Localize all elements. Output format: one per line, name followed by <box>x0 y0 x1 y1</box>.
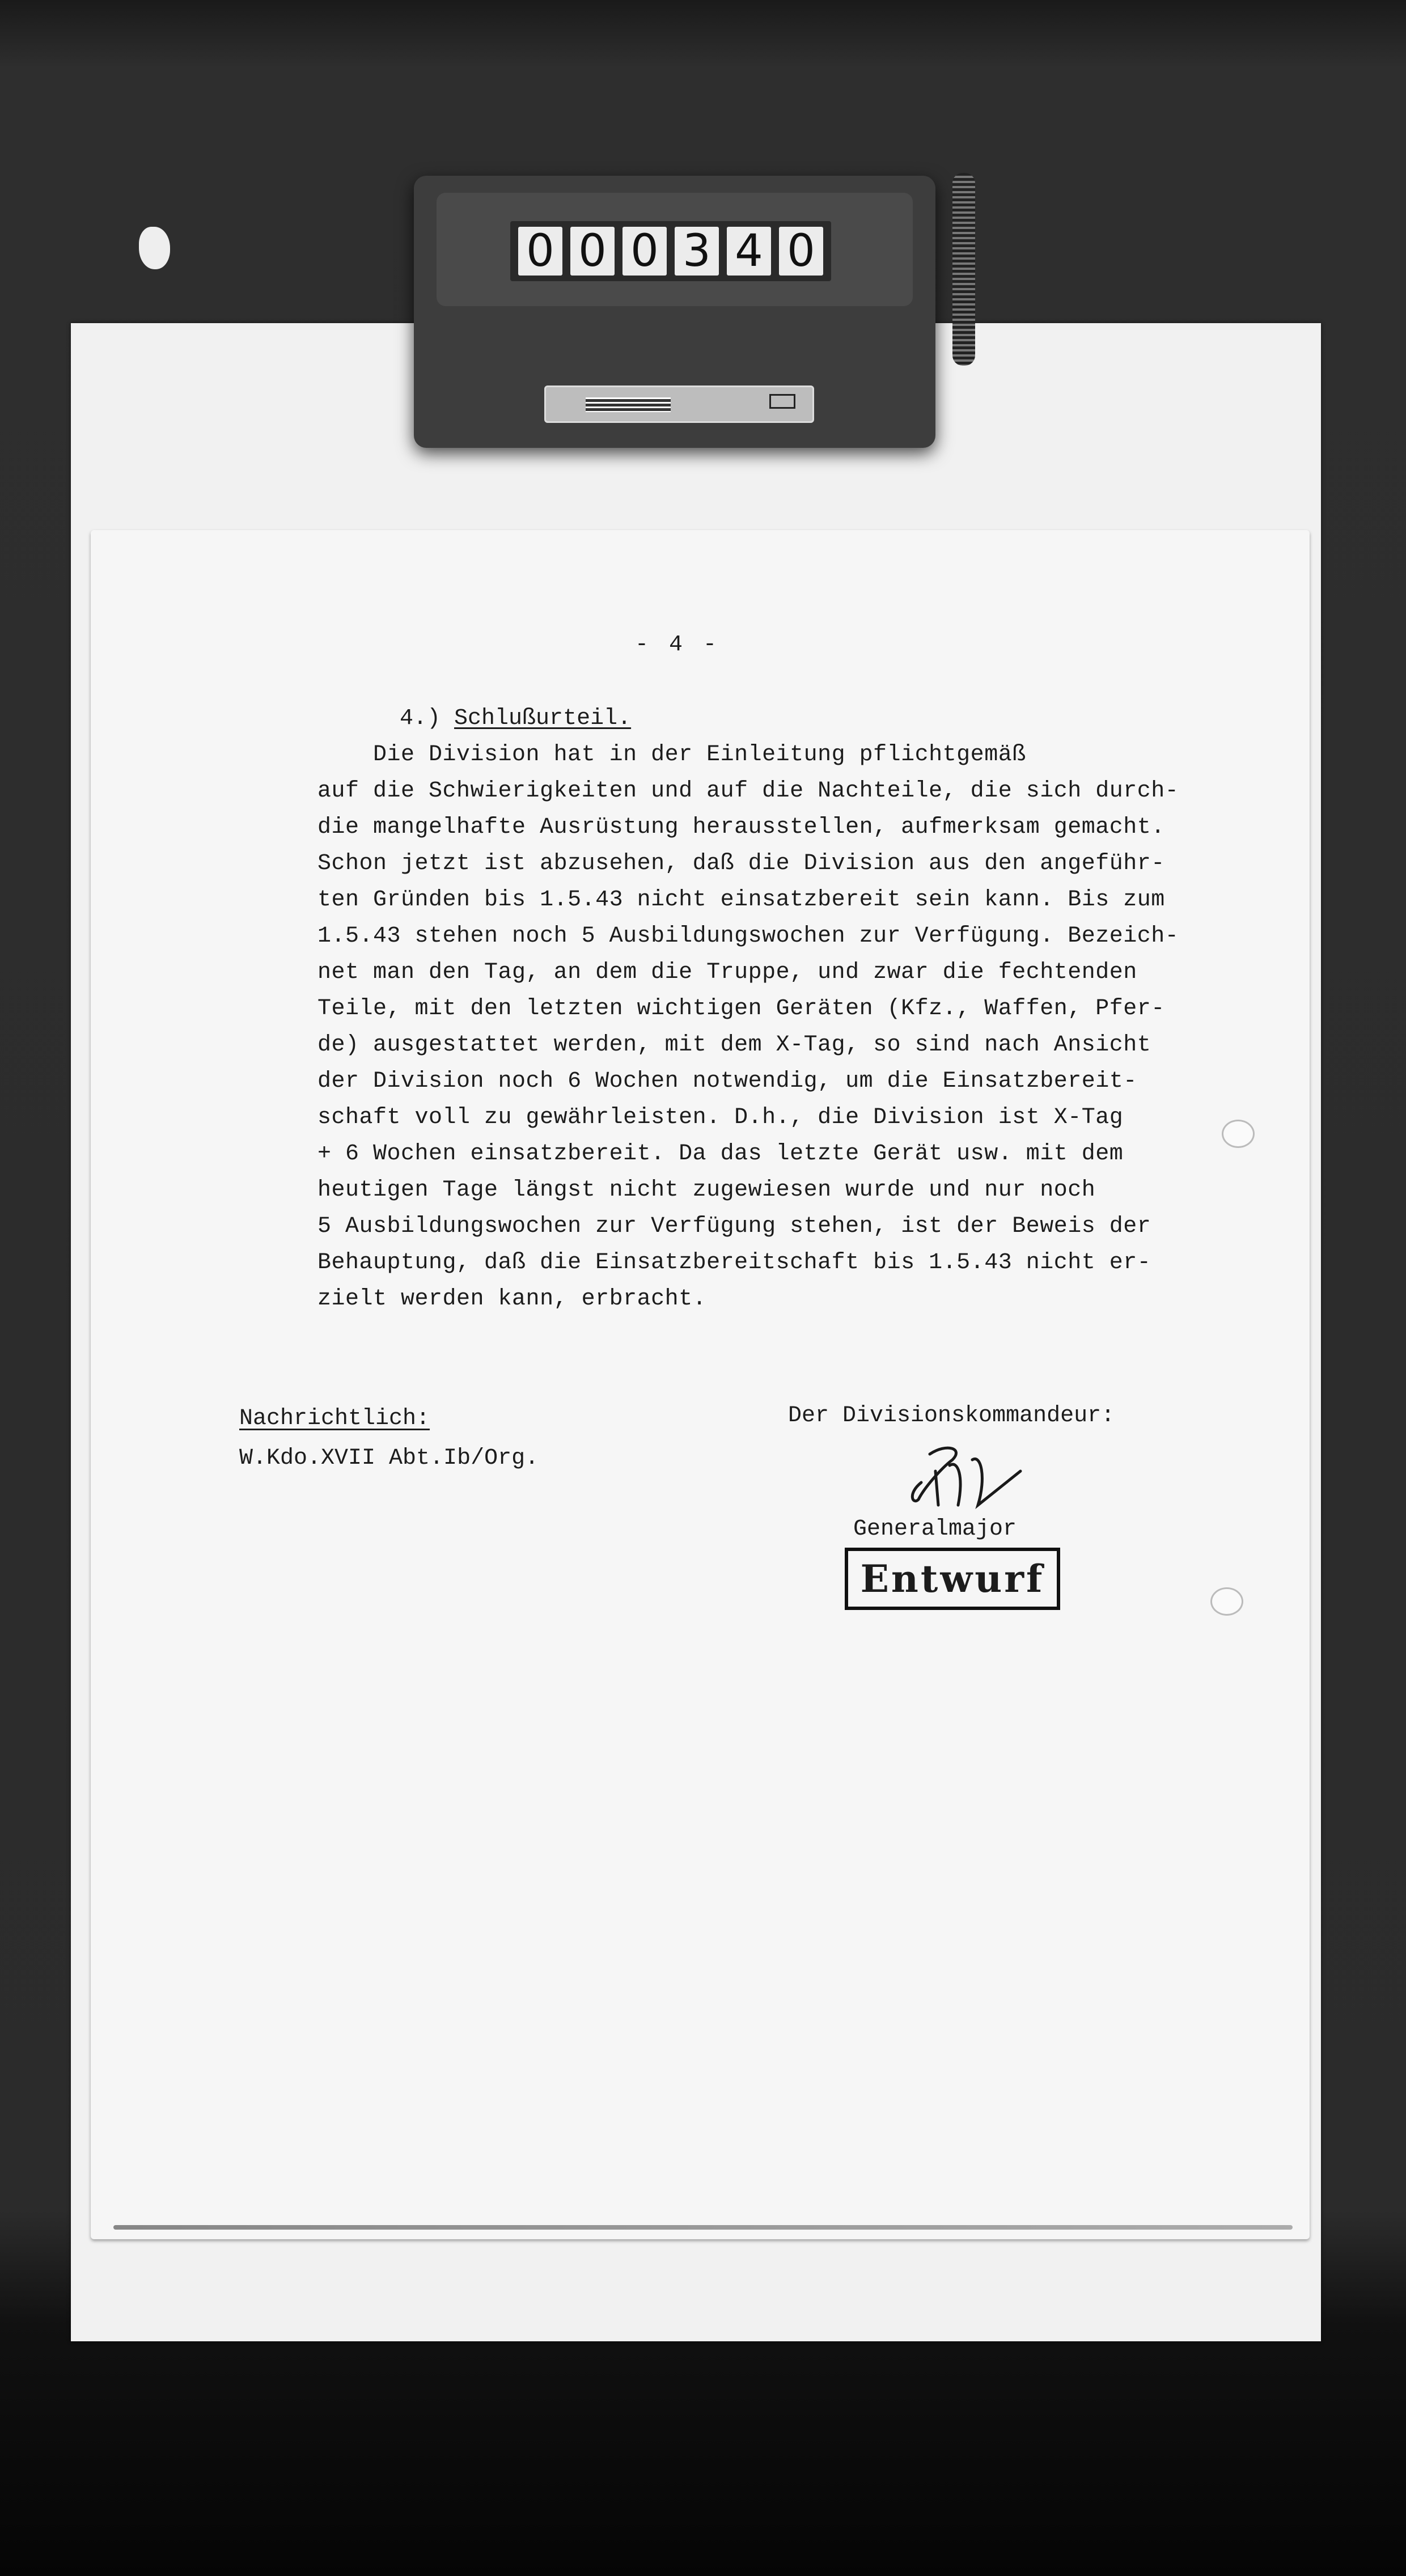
text-line: ten Gründen bis 1.5.43 nicht einsatzbere… <box>317 882 1338 918</box>
section-title: Schlußurteil. <box>454 706 631 731</box>
text-line: net man den Tag, an dem die Truppe, und … <box>317 955 1338 991</box>
counter-display: 0 0 0 3 4 0 <box>510 221 831 281</box>
text-line: Schon jetzt ist abzusehen, daß die Divis… <box>317 846 1338 882</box>
text-line: heutigen Tage längst nicht zugewiesen wu… <box>317 1172 1338 1209</box>
body-paragraph: Die Division hat in der Einleitung pflic… <box>317 737 1338 1317</box>
cc-recipient: W.Kdo.XVII Abt.Ib/Org. <box>239 1446 539 1471</box>
manufacturer-plate <box>544 385 814 423</box>
counter-digit: 0 <box>518 227 562 276</box>
document-page: - 4 - 4.) Schlußurteil. Die Division hat… <box>91 530 1310 2239</box>
text-line: 1.5.43 stehen noch 5 Ausbildungswochen z… <box>317 918 1338 955</box>
counter-digit: 0 <box>622 227 667 276</box>
signatory-title: Der Divisionskommandeur: <box>788 1403 1115 1429</box>
counter-thumbwheel <box>952 173 975 366</box>
text-line: schaft voll zu gewährleisten. D.h., die … <box>317 1100 1338 1136</box>
counter-digit: 4 <box>727 227 771 276</box>
frame-counter-device: 0 0 0 3 4 0 <box>414 176 935 448</box>
draft-stamp: Entwurf <box>845 1548 1060 1610</box>
paper-scrap <box>139 227 170 269</box>
logo-icon <box>769 394 795 409</box>
punch-hole <box>1210 1587 1243 1616</box>
text-line: zielt werden kann, erbracht. <box>317 1281 1338 1317</box>
text-line: Teile, mit den letzten wichtigen Geräten… <box>317 991 1338 1027</box>
text-line: auf die Schwierigkeiten und auf die Nach… <box>317 773 1338 810</box>
text-line: der Division noch 6 Wochen notwendig, um… <box>317 1064 1338 1100</box>
text-line: + 6 Wochen einsatzbereit. Da das letzte … <box>317 1136 1338 1172</box>
text-line: Behauptung, daß die Einsatzbereitschaft … <box>317 1245 1338 1281</box>
page-fold-edge <box>113 2225 1293 2230</box>
text-line: 5 Ausbildungswochen zur Verfügung stehen… <box>317 1209 1338 1245</box>
page-number: - 4 - <box>635 632 720 658</box>
counter-digit: 0 <box>570 227 615 276</box>
section-number: 4.) <box>400 706 441 731</box>
punch-hole <box>1222 1120 1255 1148</box>
signature <box>896 1443 1043 1511</box>
section-heading: 4.) Schlußurteil. <box>400 706 631 731</box>
cc-label: Nachrichtlich: <box>239 1406 430 1431</box>
counter-digit: 0 <box>779 227 823 276</box>
text-line: Die Division hat in der Einleitung pflic… <box>317 737 1338 773</box>
text-line: die mangelhafte Ausrüstung herausstellen… <box>317 810 1338 846</box>
counter-digit: 3 <box>675 227 719 276</box>
rank: Generalmajor <box>853 1516 1017 1542</box>
text-line: de) ausgestattet werden, mit dem X-Tag, … <box>317 1027 1338 1064</box>
